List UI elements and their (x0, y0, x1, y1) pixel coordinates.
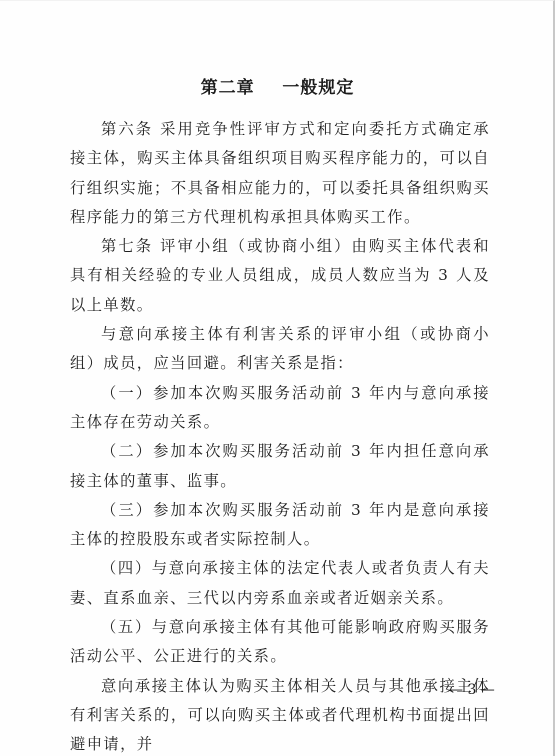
list-item-3: （三）参加本次购买服务活动前 3 年内是意向承接主体的控股股东或者实际控制人。 (70, 496, 490, 555)
article-6-paragraph: 第六条 采用竞争性评审方式和定向委托方式确定承接主体，购买主体具备组织项目购买程… (70, 115, 490, 232)
article-7-paragraph: 第七条 评审小组（或协商小组）由购买主体代表和具有相关经验的专业人员组成，成员人… (70, 232, 490, 320)
recusal-paragraph: 与意向承接主体有利害关系的评审小组（或协商小组）成员，应当回避。利害关系是指： (70, 320, 490, 379)
body-text: 第六条 采用竞争性评审方式和定向委托方式确定承接主体，购买主体具备组织项目购买程… (70, 115, 490, 756)
recusal-application-paragraph: 意向承接主体认为购买主体相关人员与其他承接主体有利害关系的，可以向购买主体或者代… (70, 672, 490, 756)
page-number: — 3 — (449, 682, 495, 698)
list-item-2: （二）参加本次购买服务活动前 3 年内担任意向承接主体的董事、监事。 (70, 437, 490, 496)
document-page: 第二章 一般规定 第六条 采用竞争性评审方式和定向委托方式确定承接主体，购买主体… (0, 0, 555, 756)
list-item-5: （五）与意向承接主体有其他可能影响政府购买服务活动公平、公正进行的关系。 (70, 613, 490, 672)
list-item-4: （四）与意向承接主体的法定代表人或者负责人有夫妻、直系血亲、三代以内旁系血亲或者… (70, 554, 490, 613)
list-item-1: （一）参加本次购买服务活动前 3 年内与意向承接主体存在劳动关系。 (70, 379, 490, 438)
chapter-title: 第二章 一般规定 (0, 73, 555, 98)
